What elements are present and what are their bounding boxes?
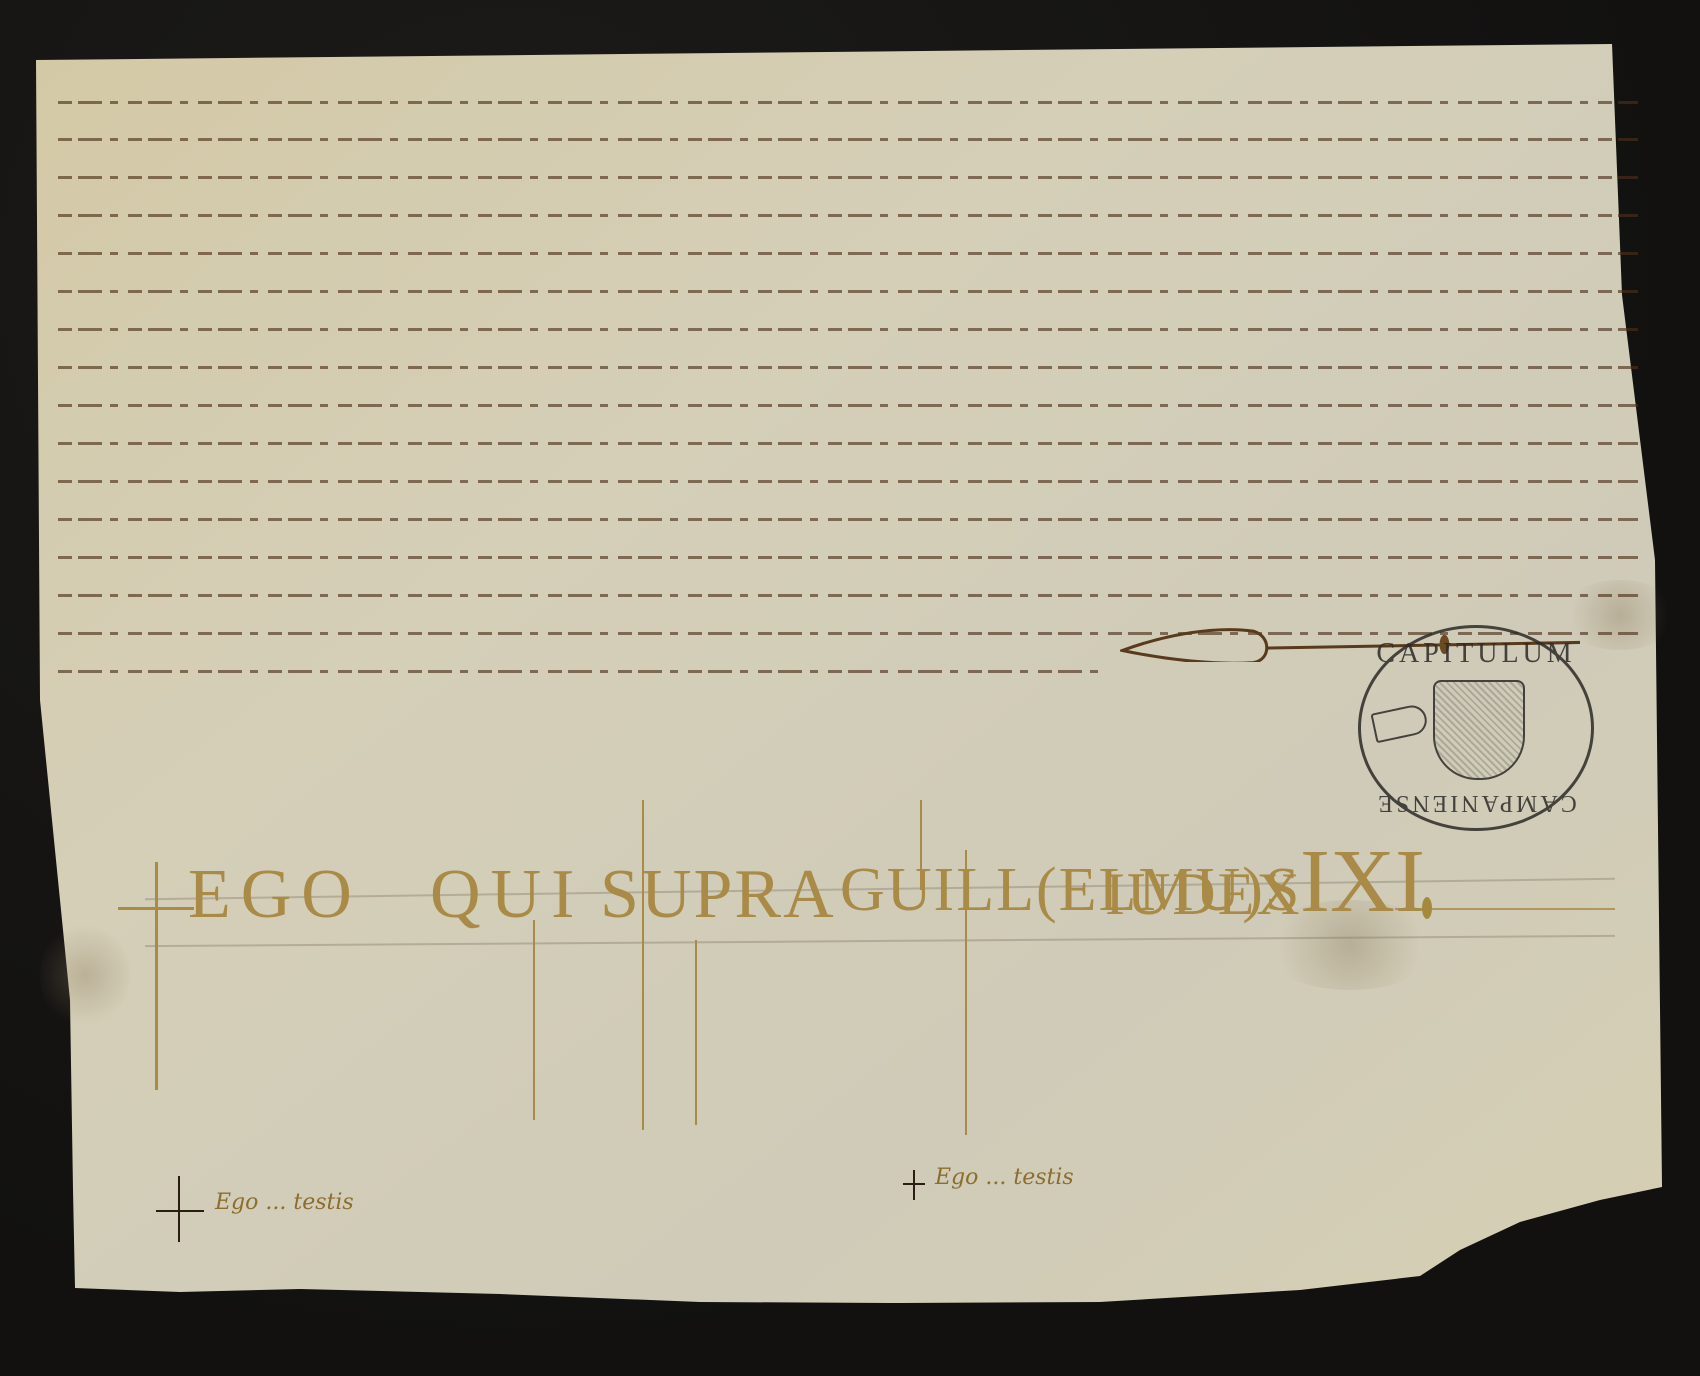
shield-icon — [1433, 680, 1525, 780]
witness-signature: Ego ... testis — [215, 1190, 354, 1215]
descender-stroke — [642, 800, 644, 1130]
mitre-icon — [1370, 703, 1429, 744]
subscription-word: QUI — [430, 855, 584, 935]
subscription-word: SUPRA — [600, 855, 836, 935]
descender-stroke — [695, 940, 697, 1125]
water-stain — [40, 920, 130, 1030]
archive-stamp: CAPITULUM CAMPANIENSE — [1358, 625, 1594, 831]
subscription-word: IUDEX — [1105, 860, 1302, 929]
stamp-text-top: CAPITULUM — [1361, 638, 1591, 670]
stamp-text-bottom: CAMPANIENSE — [1361, 789, 1591, 816]
descender-stroke — [920, 800, 922, 890]
descender-stroke — [965, 850, 967, 1135]
witness-signature: Ego ... testis — [935, 1165, 1074, 1190]
subscription-word: EGO — [188, 855, 362, 935]
lozenge-mark — [1422, 897, 1432, 919]
subscription-mark: IXI — [1300, 830, 1425, 933]
descender-stroke — [533, 920, 535, 1120]
